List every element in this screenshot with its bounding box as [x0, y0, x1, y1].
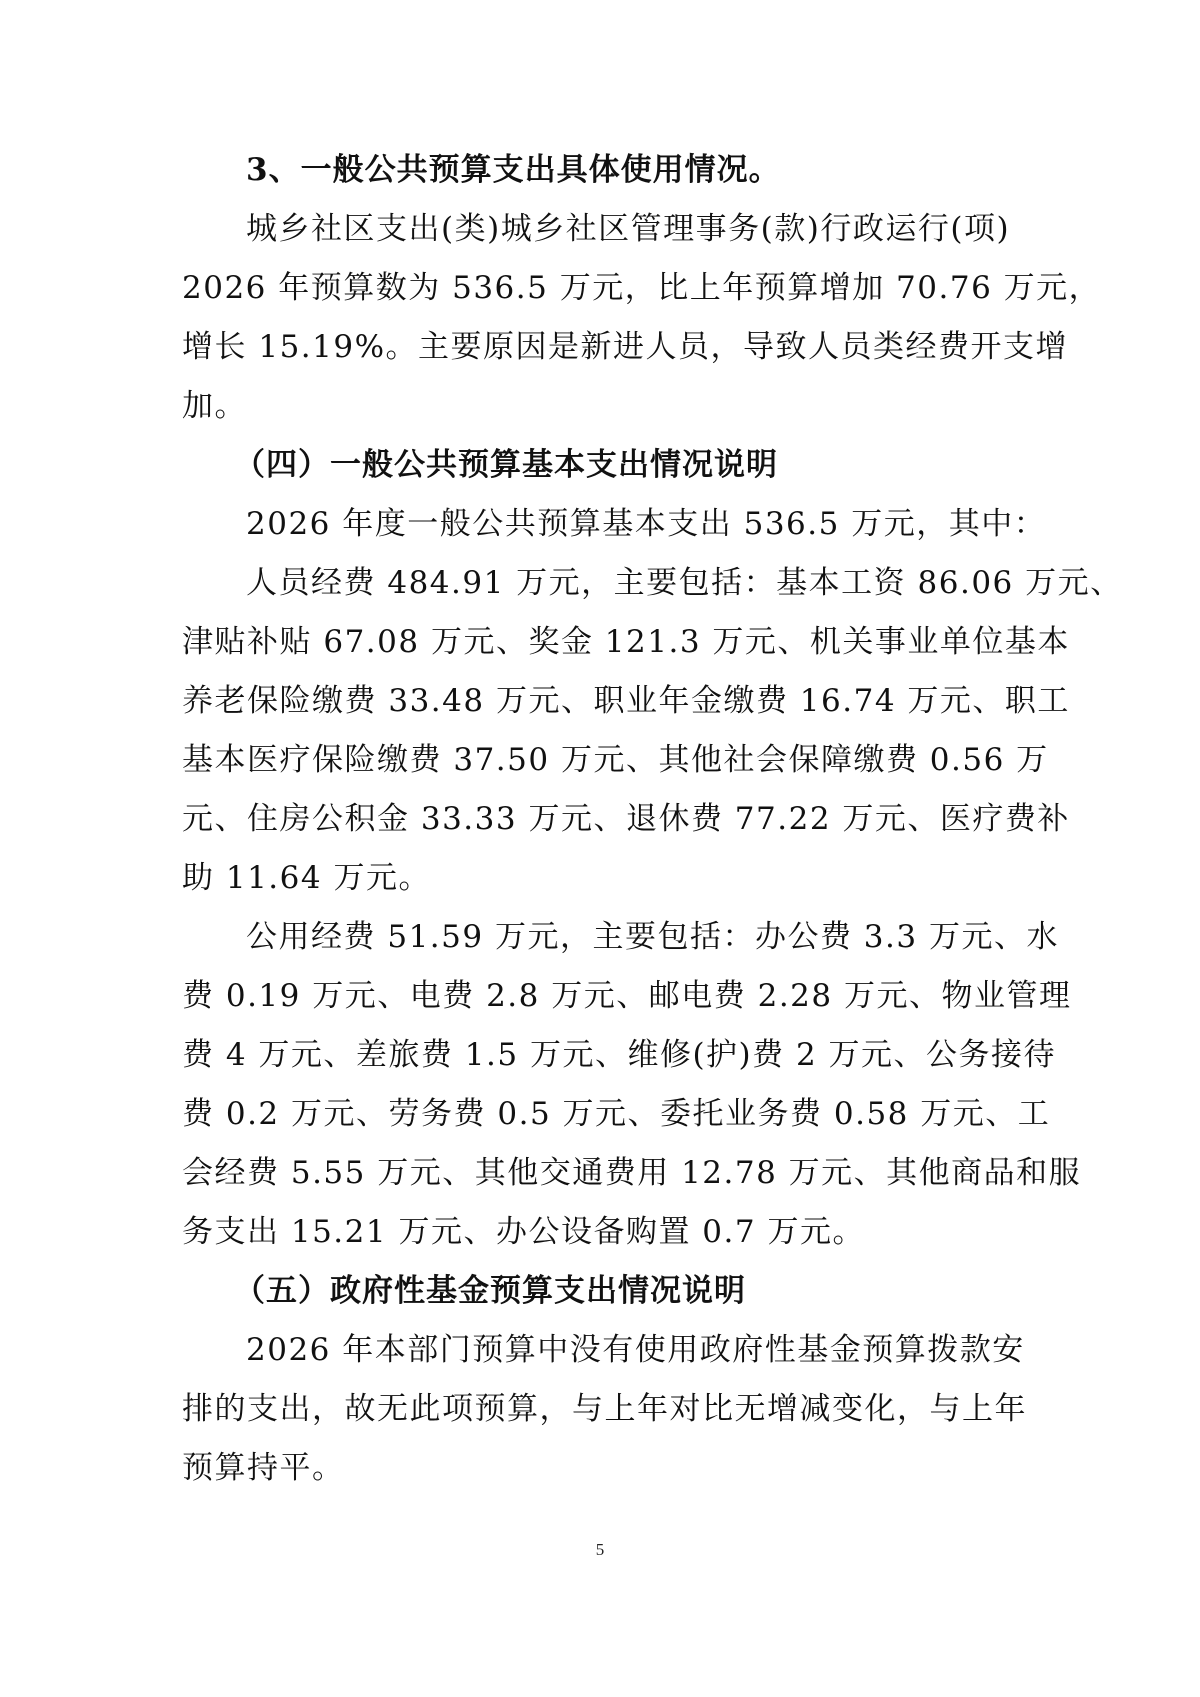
public-line-3: 费 4 万元、差旅费 1.5 万元、维修(护)费 2 万元、公务接待 — [182, 1035, 1012, 1075]
section5-line-3: 预算持平。 — [182, 1448, 1012, 1488]
page-number: 5 — [0, 1540, 1200, 1560]
public-line-2: 费 0.19 万元、电费 2.8 万元、邮电费 2.28 万元、物业管理 — [182, 976, 1012, 1016]
section3-line-3: 增长 15.19%。主要原因是新进人员，导致人员类经费开支增 — [182, 327, 1012, 367]
public-line-6: 务支出 15.21 万元、办公设备购置 0.7 万元。 — [182, 1212, 1012, 1252]
personnel-line-3: 养老保险缴费 33.48 万元、职业年金缴费 16.74 万元、职工 — [182, 681, 1012, 721]
section5-line-2: 排的支出，故无此项预算，与上年对比无增减变化，与上年 — [182, 1389, 1012, 1429]
section4-heading: （四）一般公共预算基本支出情况说明 — [234, 445, 1064, 485]
section3-heading: 3、一般公共预算支出具体使用情况。 — [246, 150, 1076, 190]
personnel-line-1: 人员经费 484.91 万元，主要包括：基本工资 86.06 万元、 — [246, 563, 1076, 603]
personnel-line-4: 基本医疗保险缴费 37.50 万元、其他社会保障缴费 0.56 万 — [182, 740, 1012, 780]
personnel-line-5: 元、住房公积金 33.33 万元、退休费 77.22 万元、医疗费补 — [182, 799, 1012, 839]
section5-line-1: 2026 年本部门预算中没有使用政府性基金预算拨款安 — [246, 1330, 1076, 1370]
public-line-5: 会经费 5.55 万元、其他交通费用 12.78 万元、其他商品和服 — [182, 1153, 1012, 1193]
section4-intro: 2026 年度一般公共预算基本支出 536.5 万元，其中： — [246, 504, 1076, 544]
document-page: 3、一般公共预算支出具体使用情况。 城乡社区支出(类)城乡社区管理事务(款)行政… — [0, 0, 1200, 1697]
section3-line-1: 城乡社区支出(类)城乡社区管理事务(款)行政运行(项) — [246, 209, 1076, 249]
section3-line-2: 2026 年预算数为 536.5 万元，比上年预算增加 70.76 万元， — [182, 268, 1012, 308]
personnel-line-2: 津贴补贴 67.08 万元、奖金 121.3 万元、机关事业单位基本 — [182, 622, 1012, 662]
section3-line-4: 加。 — [182, 386, 1012, 426]
public-line-1: 公用经费 51.59 万元，主要包括：办公费 3.3 万元、水 — [246, 917, 1076, 957]
public-line-4: 费 0.2 万元、劳务费 0.5 万元、委托业务费 0.58 万元、工 — [182, 1094, 1012, 1134]
personnel-line-6: 助 11.64 万元。 — [182, 858, 1012, 898]
section5-heading: （五）政府性基金预算支出情况说明 — [234, 1271, 1064, 1311]
